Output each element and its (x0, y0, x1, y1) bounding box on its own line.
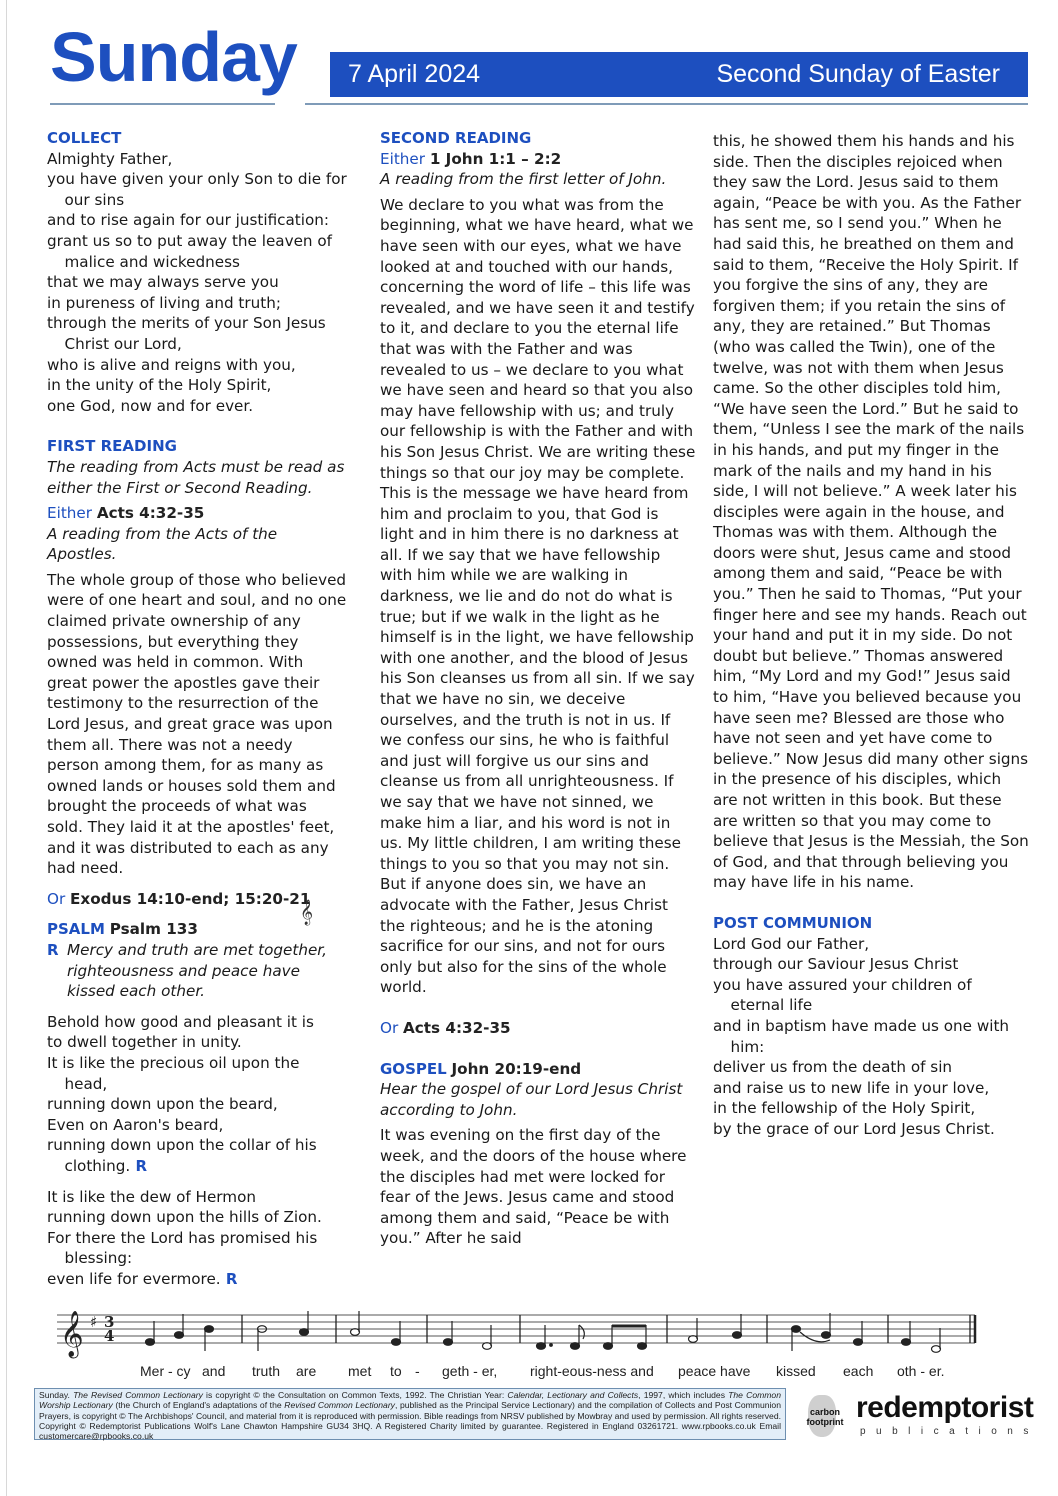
carbon-footprint-logo: carbonfootprint (800, 1395, 850, 1439)
lyric-syllable: to (390, 1363, 402, 1379)
psalm-response: R Mercy and truth are met together, righ… (47, 940, 347, 1002)
second-reading-alternative: Or Acts 4:32-35 (380, 1018, 696, 1039)
svg-text:4: 4 (104, 1327, 114, 1345)
gospel-text-continued: this, he showed them his hands and his s… (713, 131, 1029, 893)
text-line: It is like the precious oil upon the hea… (47, 1053, 347, 1094)
text-line: Even on Aaron's beard, (47, 1115, 347, 1136)
text-line: through our Saviour Jesus Christ (713, 954, 1029, 975)
gospel-text: It was evening on the first day of the w… (380, 1125, 696, 1249)
text-line: Behold how good and pleasant it is (47, 1012, 347, 1033)
gospel-heading: GOSPEL John 20:19-end (380, 1059, 696, 1080)
day-title: Sunday (50, 22, 297, 92)
first-reading-intro: A reading from the Acts of the Apostles. (47, 524, 347, 565)
header-rule (50, 103, 275, 105)
text-line: and raise us to new life in your love, (713, 1078, 1029, 1099)
header-rule (305, 103, 1028, 105)
text-line: and in baptism have made us one with him… (713, 1016, 1029, 1057)
lyric-syllable: met (348, 1363, 371, 1379)
text-line: that we may always serve you (47, 272, 347, 293)
text-line: to dwell together in unity. (47, 1032, 347, 1053)
lyric-syllable: are (296, 1363, 316, 1379)
header-bar: 7 April 2024 Second Sunday of Easter (330, 52, 1028, 97)
first-reading-note: The reading from Acts must be read as ei… (47, 457, 347, 498)
svg-text:♯: ♯ (90, 1313, 97, 1331)
text-line: Almighty Father, (47, 149, 347, 170)
lyric-syllable: Mer - cy (140, 1363, 191, 1379)
text-line: by the grace of our Lord Jesus Christ. (713, 1119, 1029, 1140)
text-line: in the unity of the Holy Spirit, (47, 375, 347, 396)
text-line: through the merits of your Son Jesus Chr… (47, 313, 347, 354)
text-line: one God, now and for ever. (47, 396, 347, 417)
treble-clef-icon: 𝄞 (60, 1311, 84, 1359)
lectionary-page: Sunday 7 April 2024 Second Sunday of Eas… (0, 0, 1058, 1496)
collect-text: Almighty Father,you have given your only… (47, 149, 347, 417)
gospel-intro: Hear the gospel of our Lord Jesus Christ… (380, 1079, 696, 1120)
response-marker: R (47, 940, 67, 1002)
lyric-syllable: - (415, 1363, 420, 1379)
text-line: running down upon the hills of Zion. (47, 1207, 347, 1228)
header-occasion: Second Sunday of Easter (716, 60, 1000, 89)
collect-heading: COLLECT (47, 128, 347, 149)
lyric-syllable: geth - er, (442, 1363, 497, 1379)
text-line: you have assured your children of eterna… (713, 975, 1029, 1016)
post-communion-heading: POST COMMUNION (713, 913, 1029, 934)
text-line: in the fellowship of the Holy Spirit, (713, 1098, 1029, 1119)
text-line: deliver us from the death of sin (713, 1057, 1029, 1078)
treble-clef-icon: 𝄞 (300, 900, 313, 925)
response-marker: R (221, 1270, 238, 1288)
text-line: grant us so to put away the leaven of ma… (47, 231, 347, 272)
text-line: in pureness of living and truth; (47, 293, 347, 314)
psalm-stanza: It is like the dew of Hermonrunning down… (47, 1187, 347, 1290)
page-edge (6, 0, 7, 1496)
column-1: COLLECT Almighty Father,you have given y… (47, 128, 347, 1289)
lyric-syllable: truth (252, 1363, 280, 1379)
text-line: running down upon the collar of his clot… (47, 1135, 347, 1176)
publisher-logo-subtitle: publications (860, 1426, 1039, 1437)
post-communion-text: Lord God our Father,through our Saviour … (713, 934, 1029, 1140)
text-line: you have given your only Son to die for … (47, 169, 347, 210)
text-line: and to rise again for our justification: (47, 210, 347, 231)
lyric-syllable: each (843, 1363, 873, 1379)
response-marker: R (130, 1157, 147, 1175)
column-3: this, he showed them his hands and his s… (713, 131, 1029, 1140)
second-reading-intro: A reading from the first letter of John. (380, 169, 696, 190)
second-reading-reference: Either 1 John 1:1 – 2:2 (380, 149, 696, 170)
text-line: even life for evermore. R (47, 1269, 347, 1290)
lyric-syllable: peace have (678, 1363, 750, 1379)
second-reading-text: We declare to you what was from the begi… (380, 195, 696, 998)
column-2: SECOND READING Either 1 John 1:1 – 2:2 A… (380, 128, 696, 1249)
publisher-logo: redemptorist (856, 1393, 1033, 1423)
text-line: Lord God our Father, (713, 934, 1029, 955)
lyric-syllable: kissed (776, 1363, 816, 1379)
first-reading-heading: FIRST READING (47, 436, 347, 457)
lyric-syllable: and (202, 1363, 225, 1379)
lyric-syllable: oth - er. (897, 1363, 944, 1379)
header-date: 7 April 2024 (348, 60, 480, 89)
copyright-notice: Sunday. The Revised Common Lectionary is… (34, 1388, 786, 1440)
lyric-syllable: right-eous-ness and (530, 1363, 654, 1379)
first-reading-text: The whole group of those who believed we… (47, 570, 347, 879)
psalm-stanza: Behold how good and pleasant it isto dwe… (47, 1012, 347, 1177)
second-reading-heading: SECOND READING (380, 128, 696, 149)
text-line: running down upon the beard, (47, 1094, 347, 1115)
first-reading-reference: Either Acts 4:32-35 (47, 503, 347, 524)
text-line: For there the Lord has promised his bles… (47, 1228, 347, 1269)
text-line: It is like the dew of Hermon (47, 1187, 347, 1208)
text-line: who is alive and reigns with you, (47, 355, 347, 376)
